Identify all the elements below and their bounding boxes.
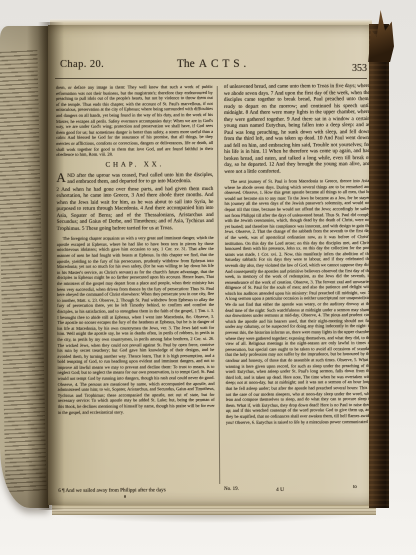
ink-speck bbox=[124, 495, 126, 498]
verse-1-paragraph: AND after the uproar was ceased, Paul ca… bbox=[56, 172, 213, 186]
page-number: 353 bbox=[352, 63, 367, 74]
previous-chapter-ending-paragraph: them, or deface any image in them: They … bbox=[56, 84, 213, 158]
chapter-heading: CHAP. XX. bbox=[56, 160, 213, 169]
header-rule bbox=[55, 78, 367, 79]
verse-1-text: ND after the uproar was ceased, Paul cal… bbox=[67, 172, 213, 185]
binding-fore-edge bbox=[369, 24, 389, 508]
column-divider-rule bbox=[217, 86, 220, 484]
issue-number: No. 19. bbox=[224, 487, 239, 492]
bottom-leaf-edges bbox=[52, 504, 376, 515]
verses-6-12-paragraph: of unleavened bread, and came unto them … bbox=[224, 83, 371, 175]
text-columns: them, or deface any image in them: They … bbox=[47, 83, 374, 489]
book-title-the: The bbox=[177, 58, 195, 70]
book-photograph: Chap. 20. TheACTS. 353 them, or deface a… bbox=[0, 0, 416, 555]
catchword: to bbox=[353, 485, 357, 490]
facing-page-edge bbox=[0, 26, 49, 508]
left-commentary-paragraph: The foregoing chapter acquaints us with … bbox=[57, 235, 215, 415]
facing-page-shading bbox=[0, 26, 49, 508]
book-title: TheACTS. bbox=[58, 58, 369, 70]
running-header: Chap. 20. TheACTS. 353 bbox=[58, 58, 369, 74]
drop-cap-initial: A bbox=[56, 173, 67, 184]
book-title-acts: ACTS. bbox=[199, 58, 250, 70]
left-column: them, or deface any image in them: They … bbox=[56, 84, 215, 487]
right-commentary-paragraph: The next journey of St. Paul is from Mac… bbox=[224, 178, 372, 425]
verses-2-5-paragraph: 2 And when he had gone over those parts,… bbox=[56, 186, 213, 232]
verse-6-line: 6 ¶ And we sailed away from Philippi aft… bbox=[58, 487, 215, 494]
signature-mark: 4 U bbox=[276, 487, 284, 493]
right-column: of unleavened bread, and came unto them … bbox=[224, 83, 372, 486]
book-page: Chap. 20. TheACTS. 353 them, or deface a… bbox=[48, 25, 373, 505]
leather-texture bbox=[369, 24, 389, 508]
